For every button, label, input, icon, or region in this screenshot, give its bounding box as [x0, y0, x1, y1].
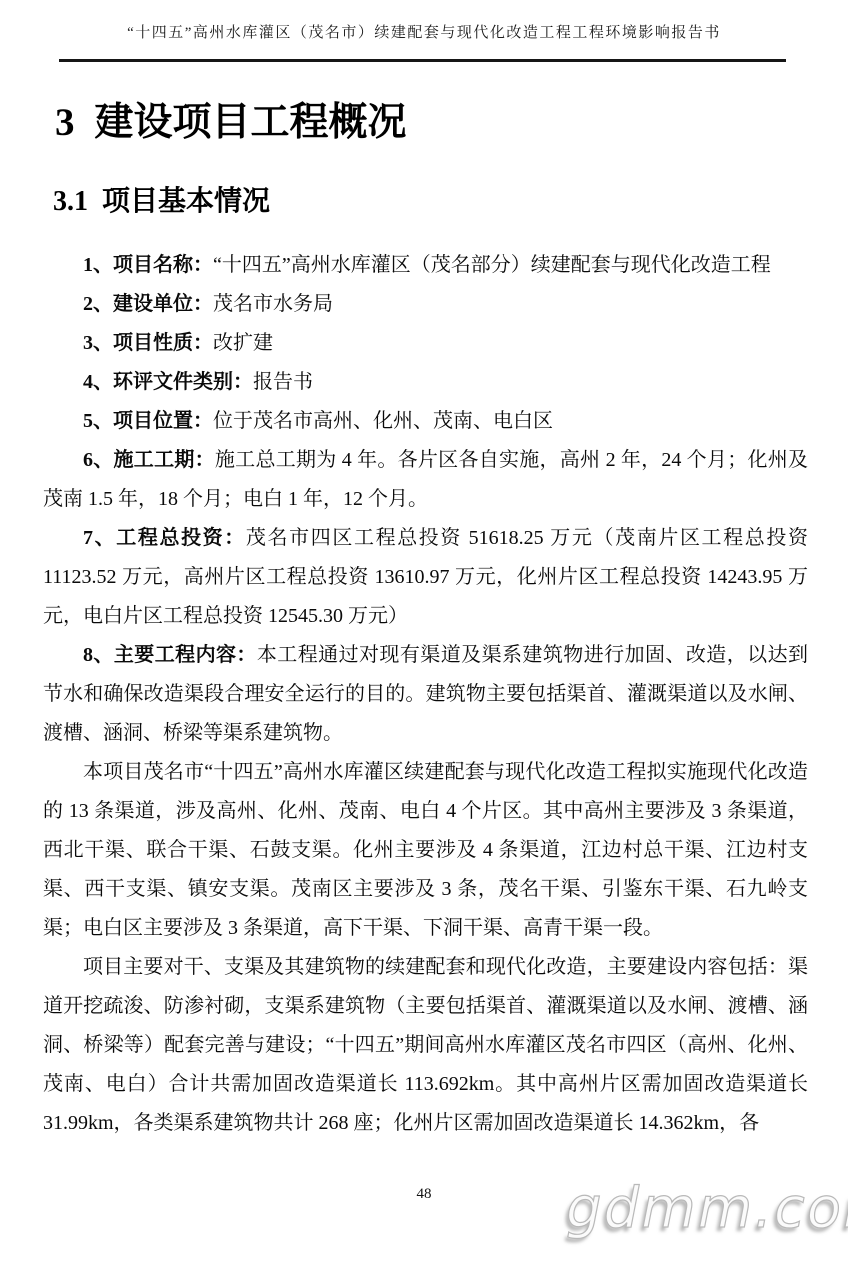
numbered-item: 6、施工工期：施工总工期为 4 年。各片区各自实施，高州 2 年，24 个月；化…: [43, 441, 808, 519]
item-label: 1、项目名称：: [83, 254, 213, 276]
section-number: 3.1: [53, 186, 88, 217]
item-text: 茂名市水务局: [213, 293, 333, 315]
body-paragraph: 项目主要对干、支渠及其建筑物的续建配套和现代化改造，主要建设内容包括：渠道开挖疏…: [43, 948, 808, 1143]
item-label: 8、主要工程内容：: [83, 644, 257, 666]
item-text: 报告书: [253, 371, 313, 393]
item-label: 5、项目位置：: [83, 410, 213, 432]
numbered-item: 2、建设单位：茂名市水务局: [43, 285, 808, 324]
item-text: 改扩建: [213, 332, 273, 354]
chapter-heading: 3建设项目工程概况: [55, 100, 407, 147]
section-title: 项目基本情况: [102, 186, 270, 217]
item-text: 位于茂名市高州、化州、茂南、电白区: [213, 410, 553, 432]
chapter-number: 3: [55, 101, 75, 144]
item-label: 4、环评文件类别：: [83, 371, 253, 393]
document-body: 1、项目名称：“十四五”高州水库灌区（茂名部分）续建配套与现代化改造工程 2、建…: [43, 246, 808, 1143]
numbered-item: 7、工程总投资：茂名市四区工程总投资 51618.25 万元（茂南片区工程总投资…: [43, 519, 808, 636]
item-text: “十四五”高州水库灌区（茂名部分）续建配套与现代化改造工程: [213, 254, 771, 276]
item-label: 7、工程总投资：: [83, 527, 246, 549]
document-page: “十四五”高州水库灌区（茂名市）续建配套与现代化改造工程工程环境影响报告书 3建…: [0, 0, 848, 1280]
item-label: 6、施工工期：: [83, 449, 215, 471]
numbered-item: 3、项目性质：改扩建: [43, 324, 808, 363]
item-label: 3、项目性质：: [83, 332, 213, 354]
numbered-item: 5、项目位置：位于茂名市高州、化州、茂南、电白区: [43, 402, 808, 441]
numbered-item: 4、环评文件类别：报告书: [43, 363, 808, 402]
page-number: 48: [0, 1186, 848, 1203]
body-paragraph: 本项目茂名市“十四五”高州水库灌区续建配套与现代化改造工程拟实施现代化改造的 1…: [43, 753, 808, 948]
item-label: 2、建设单位：: [83, 293, 213, 315]
chapter-title: 建设项目工程概况: [95, 101, 407, 144]
numbered-item: 8、主要工程内容：本工程通过对现有渠道及渠系建筑物进行加固、改造，以达到节水和确…: [43, 636, 808, 753]
numbered-item: 1、项目名称：“十四五”高州水库灌区（茂名部分）续建配套与现代化改造工程: [43, 246, 808, 285]
section-heading: 3.1项目基本情况: [53, 184, 270, 220]
header-rule: [59, 59, 786, 62]
running-header: “十四五”高州水库灌区（茂名市）续建配套与现代化改造工程工程环境影响报告书: [0, 21, 848, 42]
